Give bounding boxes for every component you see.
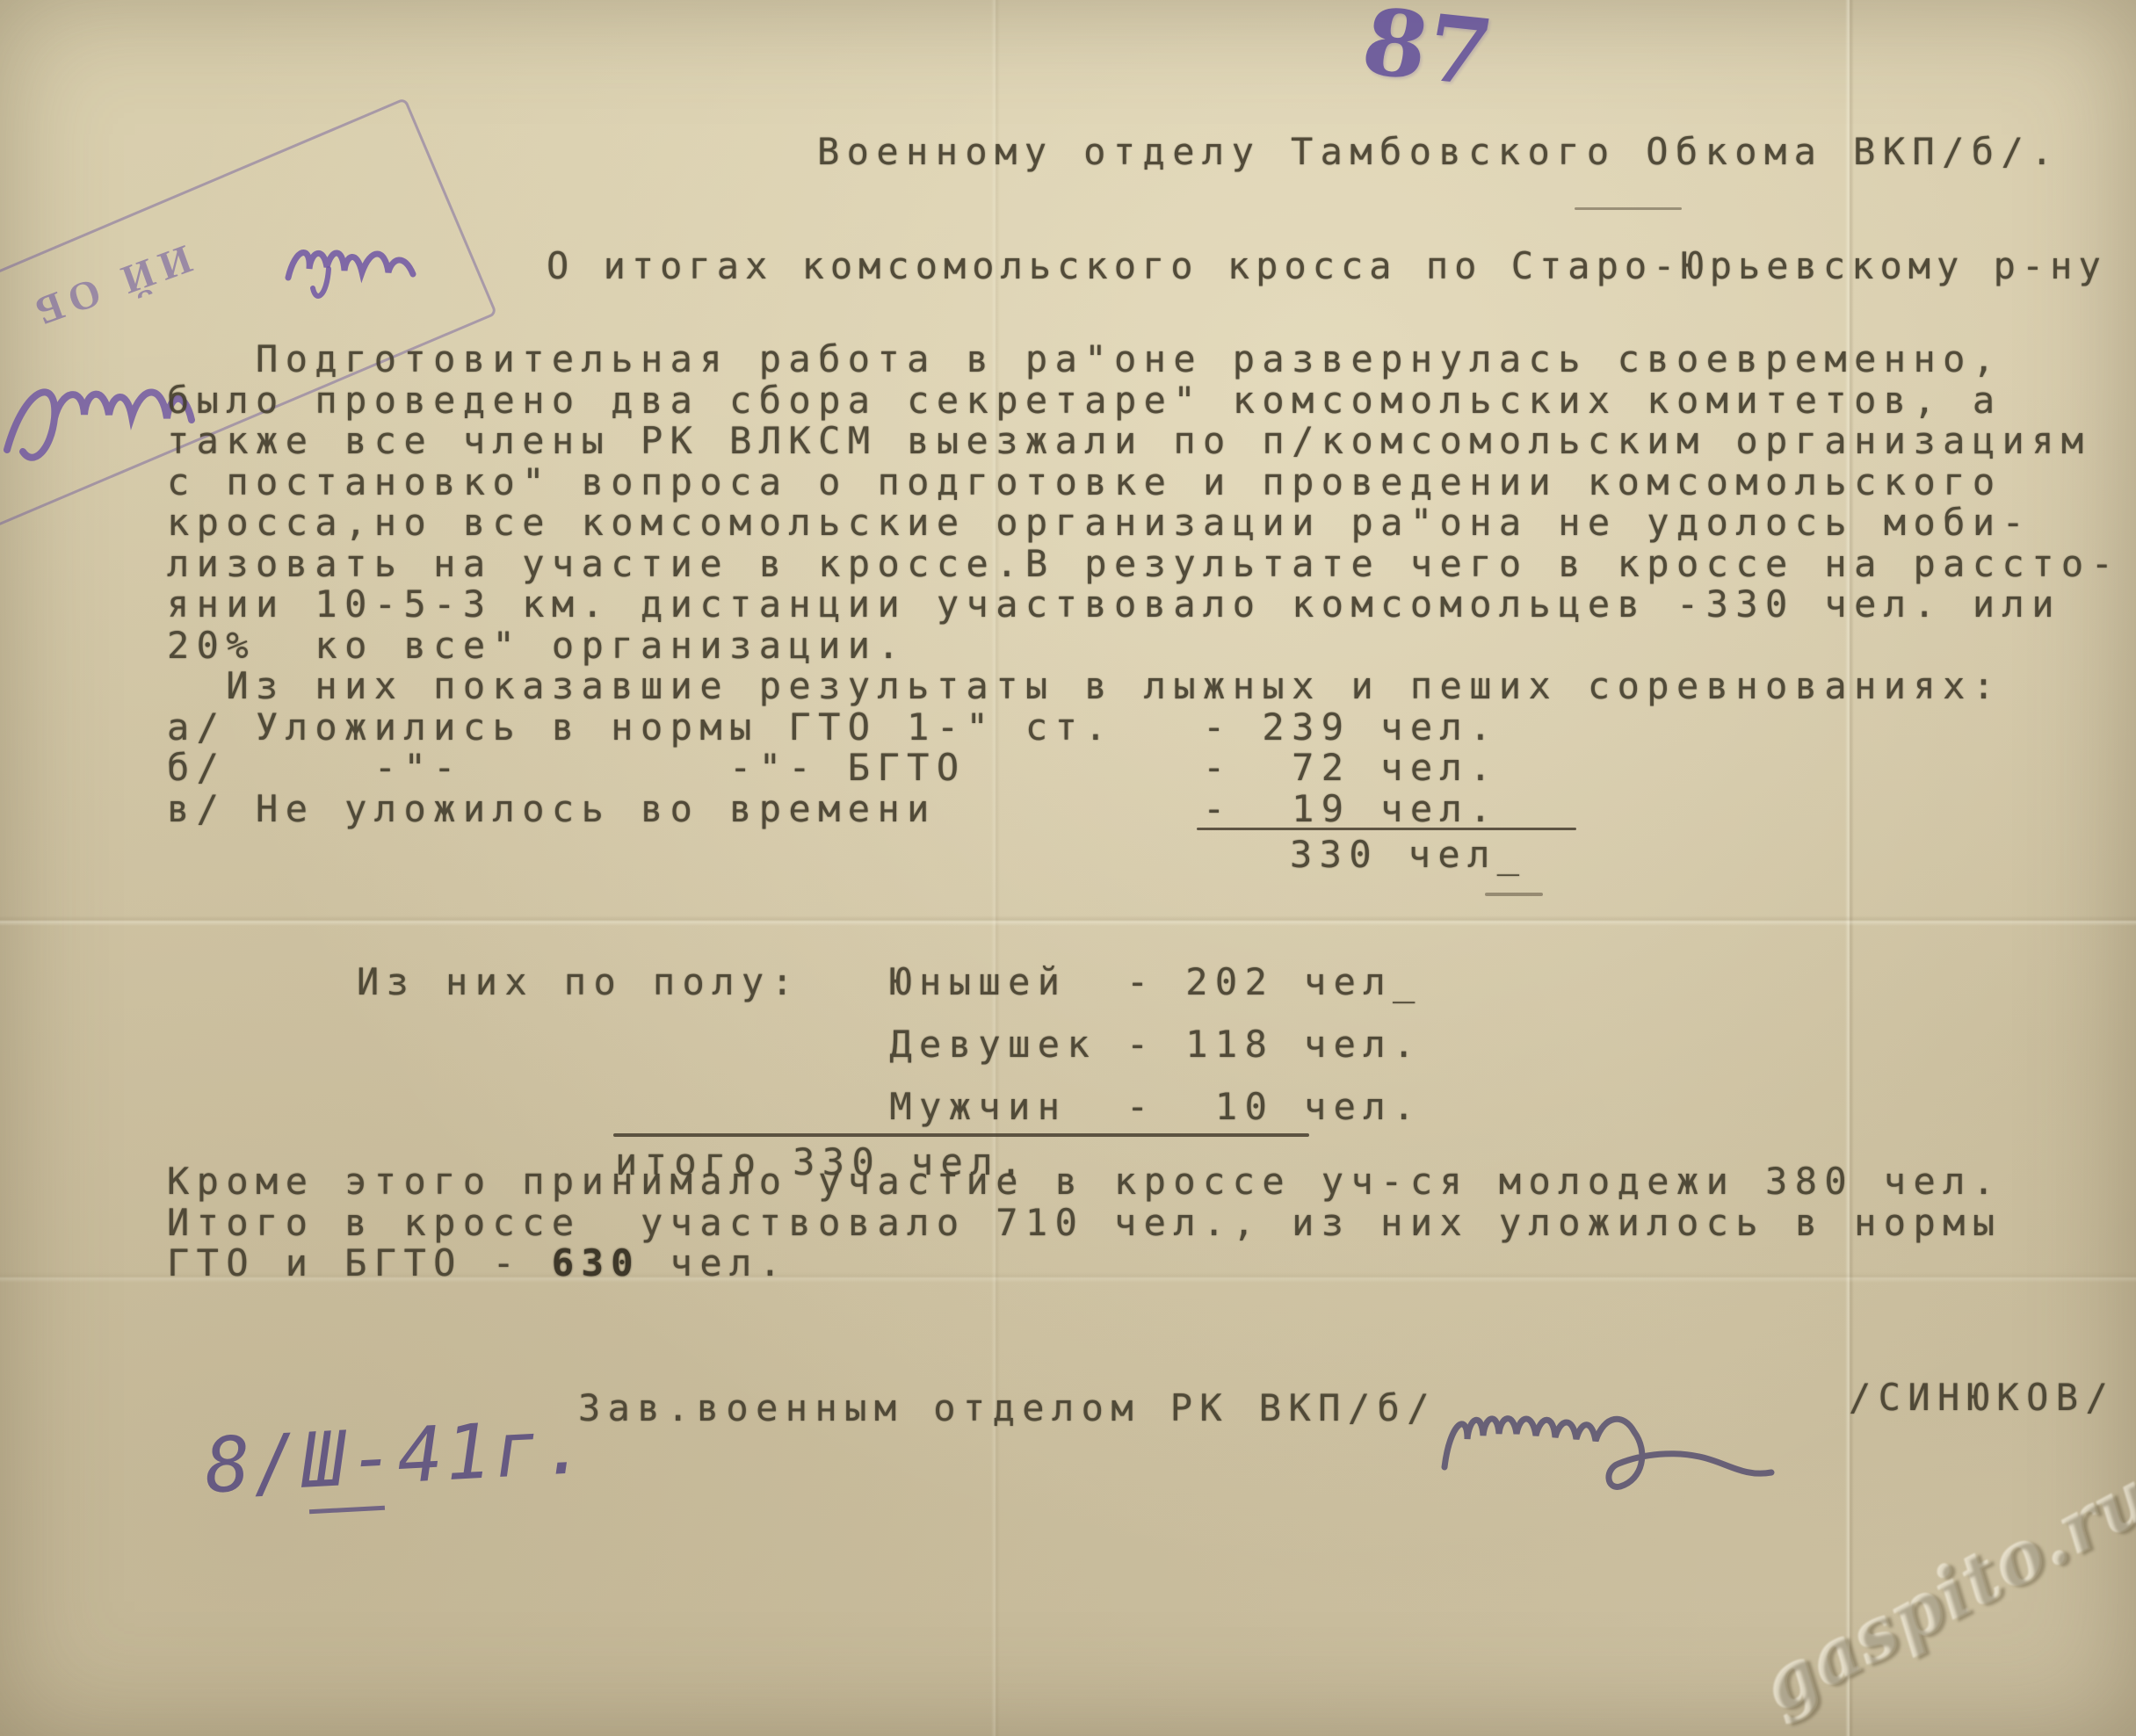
closing-last-line: ГТО и БГТО - 630 чел. — [167, 1243, 788, 1284]
sum-rule-results — [1197, 828, 1576, 830]
date-underline-mark — [309, 1506, 385, 1514]
stray-underscore — [1485, 893, 1543, 896]
paper-fold-horizontal — [0, 915, 2136, 926]
closing-paragraph: Кроме этого принимало участие в кроссе у… — [167, 1161, 2002, 1243]
sum-rule-gender — [613, 1133, 1309, 1137]
handwritten-signature — [1432, 1363, 1845, 1530]
signature-name-typed: /СИНЮКОВ/ — [1849, 1378, 2115, 1419]
stray-dash-under-recipient — [1575, 207, 1682, 210]
body-paragraph: Подготовительная работа в ра"оне разверн… — [167, 339, 2120, 829]
handwritten-page-number: 87 — [1355, 0, 1500, 107]
handwritten-date: 8/Ш-41г. — [203, 1403, 592, 1511]
closing-suffix: чел. — [641, 1241, 788, 1284]
handwritten-margin-note — [279, 221, 446, 309]
signature-title: Зав.военным отделом РК ВКП/б/ — [578, 1388, 1437, 1429]
gender-breakdown: Из них по полу: Юнышей - 202 чел_ Девуше… — [357, 951, 1423, 1138]
subject-line: О итогах комсомольского кросса по Старо-… — [547, 246, 2107, 287]
results-total: 330 чел_ — [1290, 835, 1527, 876]
recipient-line: Военному отделу Тамбовского Обкома ВКП/б… — [817, 132, 2060, 173]
scanned-document-page: 87 ИЙ ОБ Военному отделу Тамбовского Обк… — [0, 0, 2136, 1736]
total-630-bold: 630 — [552, 1241, 641, 1284]
closing-prefix: ГТО и БГТО - — [167, 1241, 552, 1284]
